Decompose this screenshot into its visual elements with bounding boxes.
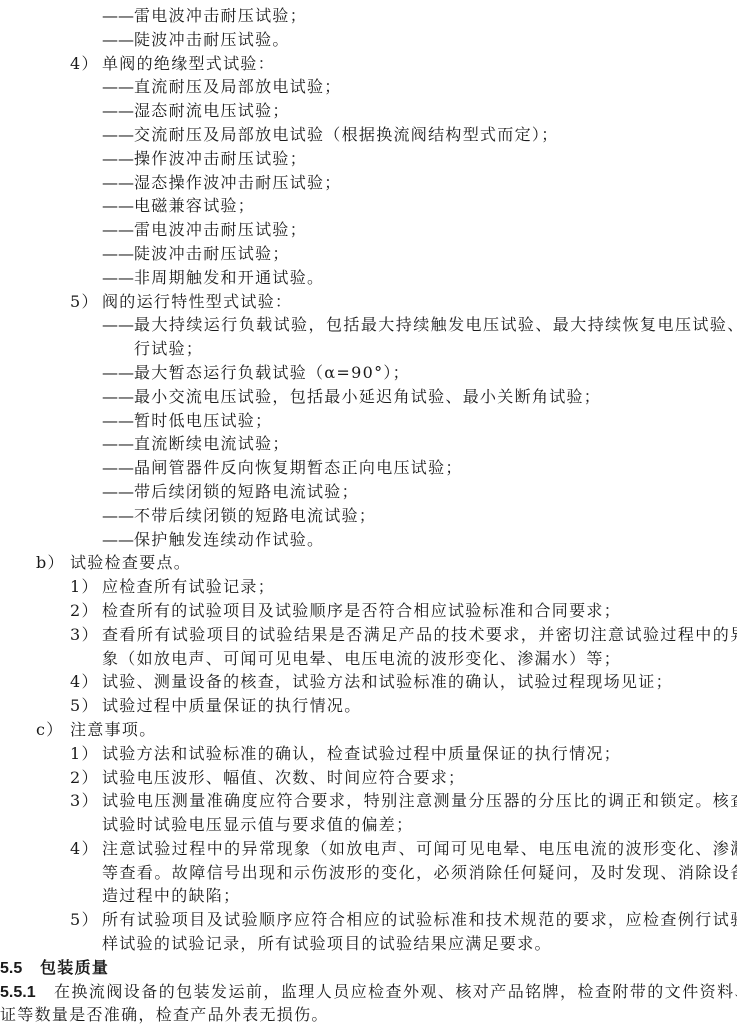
- dash-marker: ——: [102, 480, 134, 504]
- lettered-section-heading: c） 注意事项。: [0, 718, 737, 742]
- dash-marker: ——: [102, 528, 134, 552]
- list-item: ——陡波冲击耐压试验。: [0, 28, 737, 52]
- section-letter: c）: [36, 718, 64, 742]
- list-item-text: 直流耐压及局部放电试验；: [134, 77, 342, 96]
- item-text: 造过程中的缺陷；: [102, 886, 240, 905]
- section-title: 包装质量: [40, 958, 109, 977]
- dash-marker: ——: [102, 194, 134, 218]
- list-item: ——最小交流电压试验，包括最小延迟角试验、最小关断角试验；: [0, 385, 737, 409]
- numbered-item: 2） 检查所有的试验项目及试验顺序是否符合相应试验标准和合同要求；: [0, 599, 737, 623]
- section-heading: 5.5包装质量: [0, 956, 737, 980]
- list-item-text: 陡波冲击耐压试验；: [134, 244, 290, 263]
- dash-marker: ——: [102, 456, 134, 480]
- list-item-text: 雷电波冲击耐压试验；: [134, 220, 307, 239]
- section-title: 试验检查要点。: [70, 551, 191, 575]
- item-number: 2）: [70, 766, 99, 790]
- list-item-text: 操作波冲击耐压试验；: [134, 149, 307, 168]
- dash-marker: ——: [102, 385, 134, 409]
- numbered-item: 2） 试验电压波形、幅值、次数、时间应符合要求；: [0, 766, 737, 790]
- dash-marker: ——: [102, 361, 134, 385]
- item-text: 注意试验过程中的异常现象（如放电声、可闻可见电晕、电压电流的波形变化、渗漏水）: [102, 837, 737, 861]
- list-item-text: 非周期触发和开通试验。: [134, 268, 324, 287]
- numbered-item: 1） 应检查所有试验记录；: [0, 575, 737, 599]
- item-text: 等查看。故障信号出现和示伤波形的变化，必须消除任何疑问，及时发现、消除设备在制: [102, 863, 737, 882]
- section-letter: b）: [36, 551, 65, 575]
- list-item-text: 带后续闭锁的短路电流试验；: [134, 482, 359, 501]
- clause-paragraph: 5.5.1在换流阀设备的包装发运前，监理人员应检查外观、核对产品铭牌，检查附带的…: [0, 980, 737, 1004]
- section-number: 5.5: [0, 957, 40, 981]
- item-text: 应检查所有试验记录；: [102, 575, 275, 599]
- list-item: ——雷电波冲击耐压试验；: [0, 4, 737, 28]
- item-number: 3）: [70, 623, 99, 647]
- list-item: ——非周期触发和开通试验。: [0, 266, 737, 290]
- item-text: 所有试验项目及试验顺序应符合相应的试验标准和技术规范的要求，应检查例行试验、抽: [102, 908, 737, 932]
- item-number: 5）: [70, 908, 99, 932]
- list-item-text: 湿态操作波冲击耐压试验；: [134, 173, 342, 192]
- list-item-text: 最小交流电压试验，包括最小延迟角试验、最小关断角试验；: [134, 387, 601, 406]
- list-item: ——最大暂态运行负载试验（α=90°）；: [0, 361, 737, 385]
- list-item: ——湿态耐流电压试验；: [0, 99, 737, 123]
- numbered-item-heading: 5） 阀的运行特性型式试验：: [0, 290, 737, 314]
- item-text: 检查所有的试验项目及试验顺序是否符合相应试验标准和合同要求；: [102, 599, 621, 623]
- numbered-item: 5） 试验过程中质量保证的执行情况。: [0, 694, 737, 718]
- list-item-text: 陡波冲击耐压试验。: [134, 30, 290, 49]
- list-item-text: 晶闸管器件反向恢复期暂态正向电压试验；: [134, 458, 463, 477]
- list-item: ——操作波冲击耐压试验；: [0, 147, 737, 171]
- list-item-text: 最大持续运行负载试验，包括最大持续触发电压试验、最大持续恢复电压试验、热运: [134, 315, 737, 334]
- item-number: 5）: [70, 694, 99, 718]
- numbered-item: 3） 试验电压测量准确度应符合要求，特别注意测量分压器的分压比的调正和锁定。核查…: [0, 789, 737, 813]
- dash-marker: ——: [102, 28, 134, 52]
- document-page: ——雷电波冲击耐压试验； ——陡波冲击耐压试验。 4） 单阀的绝缘型式试验： —…: [0, 4, 737, 1027]
- list-item-text: 电磁兼容试验；: [134, 196, 255, 215]
- item-number: 1）: [70, 575, 99, 599]
- dash-marker: ——: [102, 242, 134, 266]
- list-item: ——交流耐压及局部放电试验（根据换流阀结构型式而定）；: [0, 123, 737, 147]
- numbered-item: 4） 试验、测量设备的核查，试验方法和试验标准的确认，试验过程现场见证；: [0, 670, 737, 694]
- list-item: ——湿态操作波冲击耐压试验；: [0, 171, 737, 195]
- list-item-text: 不带后续闭锁的短路电流试验；: [134, 506, 376, 525]
- item-text: 试验、测量设备的核查，试验方法和试验标准的确认，试验过程现场见证；: [102, 670, 673, 694]
- dash-marker: ——: [102, 123, 134, 147]
- numbered-item: 1） 试验方法和试验标准的确认，检查试验过程中质量保证的执行情况；: [0, 742, 737, 766]
- numbered-item-continuation: 象（如放电声、可闻可见电晕、电压电流的波形变化、渗漏水）等；: [0, 647, 737, 671]
- numbered-item-continuation: 样试验的试验记录，所有试验项目的试验结果应满足要求。: [0, 932, 737, 956]
- item-title: 单阀的绝缘型式试验：: [102, 52, 275, 76]
- clause-text: 在换流阀设备的包装发运前，监理人员应检查外观、核对产品铭牌，检查附带的文件资料、…: [54, 982, 737, 1001]
- list-item: ——最大持续运行负载试验，包括最大持续触发电压试验、最大持续恢复电压试验、热运: [0, 313, 737, 337]
- list-item: ——带后续闭锁的短路电流试验；: [0, 480, 737, 504]
- dash-marker: ——: [102, 171, 134, 195]
- clause-paragraph-continuation: 证等数量是否准确，检查产品外表无损伤。: [0, 1003, 737, 1027]
- dash-marker: ——: [102, 99, 134, 123]
- numbered-item: 4） 注意试验过程中的异常现象（如放电声、可闻可见电晕、电压电流的波形变化、渗漏…: [0, 837, 737, 861]
- item-number: 3）: [70, 789, 99, 813]
- dash-marker: ——: [102, 218, 134, 242]
- item-text: 象（如放电声、可闻可见电晕、电压电流的波形变化、渗漏水）等；: [102, 649, 621, 668]
- item-text: 查看所有试验项目的试验结果是否满足产品的技术要求，并密切注意试验过程中的异常现: [102, 623, 737, 647]
- numbered-item-continuation: 造过程中的缺陷；: [0, 884, 737, 908]
- list-item-text: 暂时低电压试验；: [134, 411, 272, 430]
- list-item-text: 雷电波冲击耐压试验；: [134, 6, 307, 25]
- numbered-item: 3） 查看所有试验项目的试验结果是否满足产品的技术要求，并密切注意试验过程中的异…: [0, 623, 737, 647]
- numbered-item: 5） 所有试验项目及试验顺序应符合相应的试验标准和技术规范的要求，应检查例行试验…: [0, 908, 737, 932]
- item-number: 4）: [70, 670, 99, 694]
- lettered-section-heading: b） 试验检查要点。: [0, 551, 737, 575]
- dash-marker: ——: [102, 504, 134, 528]
- dash-marker: ——: [102, 266, 134, 290]
- item-text: 试验时试验电压显示值与要求值的偏差；: [102, 815, 413, 834]
- list-item: ——暂时低电压试验；: [0, 409, 737, 433]
- item-number: 2）: [70, 599, 99, 623]
- numbered-item-continuation: 试验时试验电压显示值与要求值的偏差；: [0, 813, 737, 837]
- clause-text: 证等数量是否准确，检查产品外表无损伤。: [0, 1005, 329, 1024]
- list-item: ——直流断续电流试验；: [0, 432, 737, 456]
- list-item: ——晶闸管器件反向恢复期暂态正向电压试验；: [0, 456, 737, 480]
- dash-marker: ——: [102, 313, 134, 337]
- list-item: ——直流耐压及局部放电试验；: [0, 75, 737, 99]
- item-number: 4）: [70, 837, 99, 861]
- item-text: 试验方法和试验标准的确认，检查试验过程中质量保证的执行情况；: [102, 742, 621, 766]
- list-item-text: 行试验；: [134, 339, 203, 358]
- list-item: ——陡波冲击耐压试验；: [0, 242, 737, 266]
- item-title: 阀的运行特性型式试验：: [102, 290, 292, 314]
- list-item-text: 交流耐压及局部放电试验（根据换流阀结构型式而定）；: [134, 125, 559, 144]
- clause-number: 5.5.1: [0, 981, 54, 1005]
- list-item: ——雷电波冲击耐压试验；: [0, 218, 737, 242]
- item-text: 试验电压波形、幅值、次数、时间应符合要求；: [102, 766, 465, 790]
- list-item: ——电磁兼容试验；: [0, 194, 737, 218]
- numbered-item-continuation: 等查看。故障信号出现和示伤波形的变化，必须消除任何疑问，及时发现、消除设备在制: [0, 861, 737, 885]
- item-number: 5）: [70, 290, 99, 314]
- numbered-item-heading: 4） 单阀的绝缘型式试验：: [0, 52, 737, 76]
- list-item-continuation: 行试验；: [0, 337, 737, 361]
- dash-marker: ——: [102, 4, 134, 28]
- item-text: 试验过程中质量保证的执行情况。: [102, 694, 362, 718]
- list-item-text: 最大暂态运行负载试验（α=90°）；: [134, 363, 410, 382]
- dash-marker: ——: [102, 147, 134, 171]
- section-title: 注意事项。: [70, 718, 157, 742]
- item-number: 1）: [70, 742, 99, 766]
- dash-marker: ——: [102, 75, 134, 99]
- item-text: 样试验的试验记录，所有试验项目的试验结果应满足要求。: [102, 934, 552, 953]
- list-item-text: 保护触发连续动作试验。: [134, 530, 324, 549]
- item-number: 4）: [70, 52, 99, 76]
- list-item-text: 直流断续电流试验；: [134, 434, 290, 453]
- list-item: ——保护触发连续动作试验。: [0, 528, 737, 552]
- item-text: 试验电压测量准确度应符合要求，特别注意测量分压器的分压比的调正和锁定。核查每次: [102, 789, 737, 813]
- dash-marker: ——: [102, 409, 134, 433]
- list-item-text: 湿态耐流电压试验；: [134, 101, 290, 120]
- list-item: ——不带后续闭锁的短路电流试验；: [0, 504, 737, 528]
- dash-marker: ——: [102, 432, 134, 456]
